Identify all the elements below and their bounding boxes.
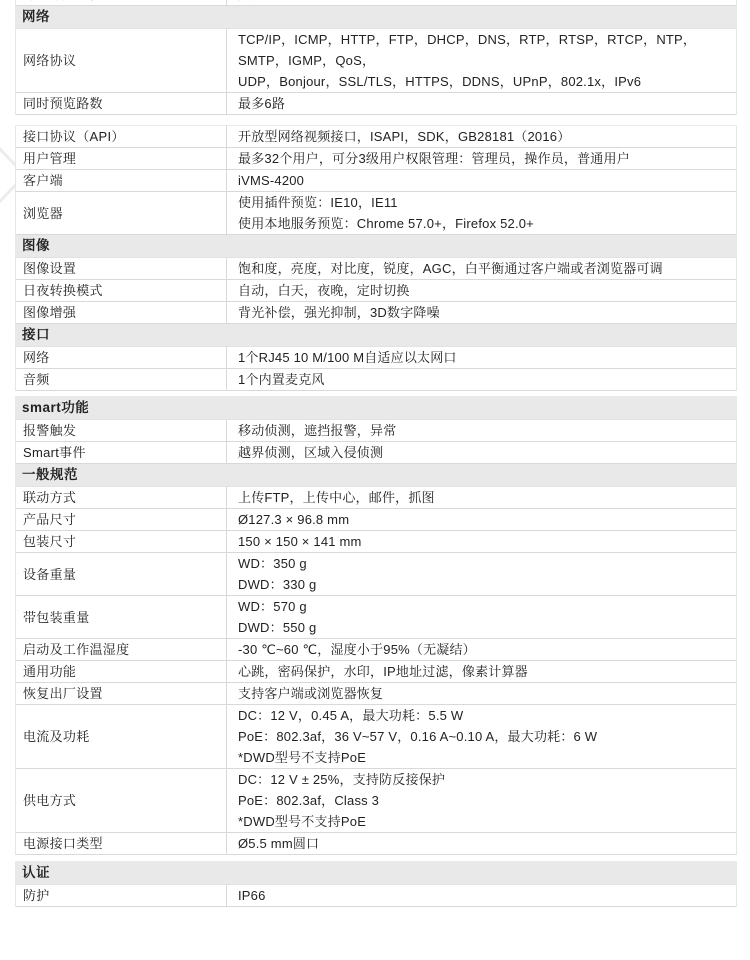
spec-row: 通用功能心跳，密码保护，水印，IP地址过滤，像素计算器 xyxy=(15,661,737,683)
spec-row: 启动及工作温湿度-30 ℃~60 ℃，湿度小于95%（无凝结） xyxy=(15,639,737,661)
spec-row: 日夜转换模式自动，白天，夜晚，定时切换 xyxy=(15,280,737,302)
spec-label: 报警触发 xyxy=(16,420,227,441)
spec-value-line: Ø5.5 mm圆口 xyxy=(238,833,728,854)
spec-row: 带包装重量WD：570 gDWD：550 g xyxy=(15,596,737,639)
spec-value-line: 开放型网络视频接口，ISAPI，SDK，GB28181（2016） xyxy=(238,126,728,147)
section-title: 网络 xyxy=(22,9,50,24)
spec-value-line: *DWD型号不支持PoE xyxy=(238,747,728,768)
spec-row: 设备重量WD：350 gDWD：330 g xyxy=(15,553,737,596)
spec-value-line: WD：350 g xyxy=(238,553,728,574)
spec-value: 支持客户端或浏览器恢复 xyxy=(227,683,736,704)
spec-value: TCP/IP，ICMP，HTTP，FTP，DHCP，DNS，RTP，RTSP，R… xyxy=(227,29,736,92)
spec-label: 网络 xyxy=(16,347,227,368)
spec-value-line: -30 ℃~60 ℃，湿度小于95%（无凝结） xyxy=(238,639,728,660)
section-title: 一般规范 xyxy=(22,467,78,482)
spec-row: 产品尺寸Ø127.3 × 96.8 mm xyxy=(15,509,737,531)
spec-value-line: DWD：550 g xyxy=(238,617,728,638)
spec-value-line: *DWD型号不支持PoE xyxy=(238,811,728,832)
spec-row: 供电方式DC：12 V ± 25%，支持防反接保护PoE：802.3af，Cla… xyxy=(15,769,737,833)
spec-label: 同时预览路数 xyxy=(16,93,227,114)
spec-value-line: iVMS-4200 xyxy=(238,170,728,191)
spec-value-line: WD：570 g xyxy=(238,596,728,617)
spec-value-line: PoE：802.3af，36 V~57 V，0.16 A~0.10 A，最大功耗… xyxy=(238,726,728,747)
spec-value-line: 1个内置麦克风 xyxy=(238,369,728,390)
spec-value: -30 ℃~60 ℃，湿度小于95%（无凝结） xyxy=(227,639,736,660)
spec-row: 网络协议TCP/IP，ICMP，HTTP，FTP，DHCP，DNS，RTP，RT… xyxy=(15,29,737,93)
spec-row: 图像增强背光补偿，强光抑制，3D数字降噪 xyxy=(15,302,737,324)
spec-value: 上传FTP，上传中心，邮件，抓图 xyxy=(227,487,736,508)
spec-value: 自动，白天，夜晚，定时切换 xyxy=(227,280,736,301)
spec-label: 网络协议 xyxy=(16,29,227,92)
spec-value: 使用插件预览：IE10，IE11使用本地服务预览：Chrome 57.0+，Fi… xyxy=(227,192,736,234)
spec-value-line: 支持 xyxy=(238,0,728,5)
spec-value-line: UDP，Bonjour，SSL/TLS，HTTPS，DDNS，UPnP，802.… xyxy=(238,71,728,92)
spec-label: 图像设置 xyxy=(16,258,227,279)
spec-label: 环境噪声过滤 xyxy=(16,0,227,5)
spec-row: 网络1个RJ45 10 M/100 M自适应以太网口 xyxy=(15,347,737,369)
spec-row: Smart事件越界侦测，区域入侵侦测 xyxy=(15,442,737,464)
section-header: smart功能 xyxy=(15,397,737,420)
spec-label: 设备重量 xyxy=(16,553,227,595)
spec-value-line: 心跳，密码保护，水印，IP地址过滤，像素计算器 xyxy=(238,661,728,682)
spec-value: 150 × 150 × 141 mm xyxy=(227,531,736,552)
spec-row: 浏览器使用插件预览：IE10，IE11使用本地服务预览：Chrome 57.0+… xyxy=(15,192,737,235)
spec-label: 客户端 xyxy=(16,170,227,191)
spec-value: iVMS-4200 xyxy=(227,170,736,191)
spec-value-line: IP66 xyxy=(238,885,728,906)
spec-table: 环境噪声过滤支持网络网络协议TCP/IP，ICMP，HTTP，FTP，DHCP，… xyxy=(15,0,737,907)
spec-row: 用户管理最多32个用户，可分3级用户权限管理：管理员，操作员，普通用户 xyxy=(15,148,737,170)
spec-value-line: Ø127.3 × 96.8 mm xyxy=(238,509,728,530)
spec-label: 浏览器 xyxy=(16,192,227,234)
spec-value: DC：12 V，0.45 A，最大功耗：5.5 WPoE：802.3af，36 … xyxy=(227,705,736,768)
spec-value-line: 150 × 150 × 141 mm xyxy=(238,531,728,552)
spec-row: 图像设置饱和度，亮度，对比度，锐度，AGC，白平衡通过客户端或者浏览器可调 xyxy=(15,258,737,280)
spec-value-line: TCP/IP，ICMP，HTTP，FTP，DHCP，DNS，RTP，RTSP，R… xyxy=(238,29,728,71)
spec-value: Ø127.3 × 96.8 mm xyxy=(227,509,736,530)
spec-row: 客户端iVMS-4200 xyxy=(15,170,737,192)
spec-label: 供电方式 xyxy=(16,769,227,832)
spec-value: 越界侦测，区域入侵侦测 xyxy=(227,442,736,463)
spec-value-line: 最多6路 xyxy=(238,93,728,114)
section-title: 认证 xyxy=(22,865,50,880)
spec-page: 环境噪声过滤支持网络网络协议TCP/IP，ICMP，HTTP，FTP，DHCP，… xyxy=(0,0,750,960)
section-header: 图像 xyxy=(15,235,737,258)
spec-value: 最多6路 xyxy=(227,93,736,114)
spec-label: 包装尺寸 xyxy=(16,531,227,552)
section-title: 图像 xyxy=(22,238,50,253)
spec-label: 图像增强 xyxy=(16,302,227,323)
spec-value-line: 越界侦测，区域入侵侦测 xyxy=(238,442,728,463)
spec-value: 饱和度，亮度，对比度，锐度，AGC，白平衡通过客户端或者浏览器可调 xyxy=(227,258,736,279)
spec-value-line: 上传FTP，上传中心，邮件，抓图 xyxy=(238,487,728,508)
section-header: 认证 xyxy=(15,862,737,885)
spec-label: 通用功能 xyxy=(16,661,227,682)
spec-row: 恢复出厂设置支持客户端或浏览器恢复 xyxy=(15,683,737,705)
spec-label: 启动及工作温湿度 xyxy=(16,639,227,660)
spec-row: 包装尺寸150 × 150 × 141 mm xyxy=(15,531,737,553)
spec-label: 联动方式 xyxy=(16,487,227,508)
spec-value: 背光补偿，强光抑制，3D数字降噪 xyxy=(227,302,736,323)
spec-row: 电源接口类型Ø5.5 mm圆口 xyxy=(15,833,737,855)
spec-value-line: 最多32个用户，可分3级用户权限管理：管理员，操作员，普通用户 xyxy=(238,148,728,169)
spec-value-line: DWD：330 g xyxy=(238,574,728,595)
section-header: 接口 xyxy=(15,324,737,347)
spec-label: 防护 xyxy=(16,885,227,906)
spec-row: 报警触发移动侦测，遮挡报警，异常 xyxy=(15,420,737,442)
spec-label: 电流及功耗 xyxy=(16,705,227,768)
spec-label: 音频 xyxy=(16,369,227,390)
spec-value: 1个RJ45 10 M/100 M自适应以太网口 xyxy=(227,347,736,368)
spec-value-line: 移动侦测，遮挡报警，异常 xyxy=(238,420,728,441)
spec-label: 日夜转换模式 xyxy=(16,280,227,301)
spec-row: 同时预览路数最多6路 xyxy=(15,93,737,115)
spec-row: 电流及功耗DC：12 V，0.45 A，最大功耗：5.5 WPoE：802.3a… xyxy=(15,705,737,769)
spec-value: IP66 xyxy=(227,885,736,906)
spec-value: 开放型网络视频接口，ISAPI，SDK，GB28181（2016） xyxy=(227,126,736,147)
section-header: 一般规范 xyxy=(15,464,737,487)
spec-value-line: DC：12 V ± 25%，支持防反接保护 xyxy=(238,769,728,790)
section-header: 网络 xyxy=(15,6,737,29)
spec-row: 防护IP66 xyxy=(15,885,737,907)
section-title: smart功能 xyxy=(22,400,89,415)
spec-label: Smart事件 xyxy=(16,442,227,463)
spec-row: 音频1个内置麦克风 xyxy=(15,369,737,391)
section-gap xyxy=(15,115,737,126)
spec-value-line: 使用本地服务预览：Chrome 57.0+，Firefox 52.0+ xyxy=(238,213,728,234)
spec-value-line: 支持客户端或浏览器恢复 xyxy=(238,683,728,704)
spec-value: 1个内置麦克风 xyxy=(227,369,736,390)
spec-value: 支持 xyxy=(227,0,736,5)
spec-row: 联动方式上传FTP，上传中心，邮件，抓图 xyxy=(15,487,737,509)
spec-label: 带包装重量 xyxy=(16,596,227,638)
section-gap xyxy=(15,855,737,862)
spec-label: 产品尺寸 xyxy=(16,509,227,530)
spec-label: 恢复出厂设置 xyxy=(16,683,227,704)
spec-value: WD：570 gDWD：550 g xyxy=(227,596,736,638)
spec-value-line: 饱和度，亮度，对比度，锐度，AGC，白平衡通过客户端或者浏览器可调 xyxy=(238,258,728,279)
spec-value-line: 1个RJ45 10 M/100 M自适应以太网口 xyxy=(238,347,728,368)
spec-value: 最多32个用户，可分3级用户权限管理：管理员，操作员，普通用户 xyxy=(227,148,736,169)
spec-value: DC：12 V ± 25%，支持防反接保护PoE：802.3af，Class 3… xyxy=(227,769,736,832)
spec-value-line: 使用插件预览：IE10，IE11 xyxy=(238,192,728,213)
spec-value-line: DC：12 V，0.45 A，最大功耗：5.5 W xyxy=(238,705,728,726)
spec-label: 用户管理 xyxy=(16,148,227,169)
spec-row: 接口协议（API）开放型网络视频接口，ISAPI，SDK，GB28181（201… xyxy=(15,126,737,148)
spec-label: 电源接口类型 xyxy=(16,833,227,854)
spec-value: Ø5.5 mm圆口 xyxy=(227,833,736,854)
spec-value-line: 背光补偿，强光抑制，3D数字降噪 xyxy=(238,302,728,323)
spec-value: 移动侦测，遮挡报警，异常 xyxy=(227,420,736,441)
spec-label: 接口协议（API） xyxy=(16,126,227,147)
spec-value-line: 自动，白天，夜晚，定时切换 xyxy=(238,280,728,301)
section-title: 接口 xyxy=(22,327,50,342)
spec-value-line: PoE：802.3af，Class 3 xyxy=(238,790,728,811)
spec-value: WD：350 gDWD：330 g xyxy=(227,553,736,595)
spec-value: 心跳，密码保护，水印，IP地址过滤，像素计算器 xyxy=(227,661,736,682)
